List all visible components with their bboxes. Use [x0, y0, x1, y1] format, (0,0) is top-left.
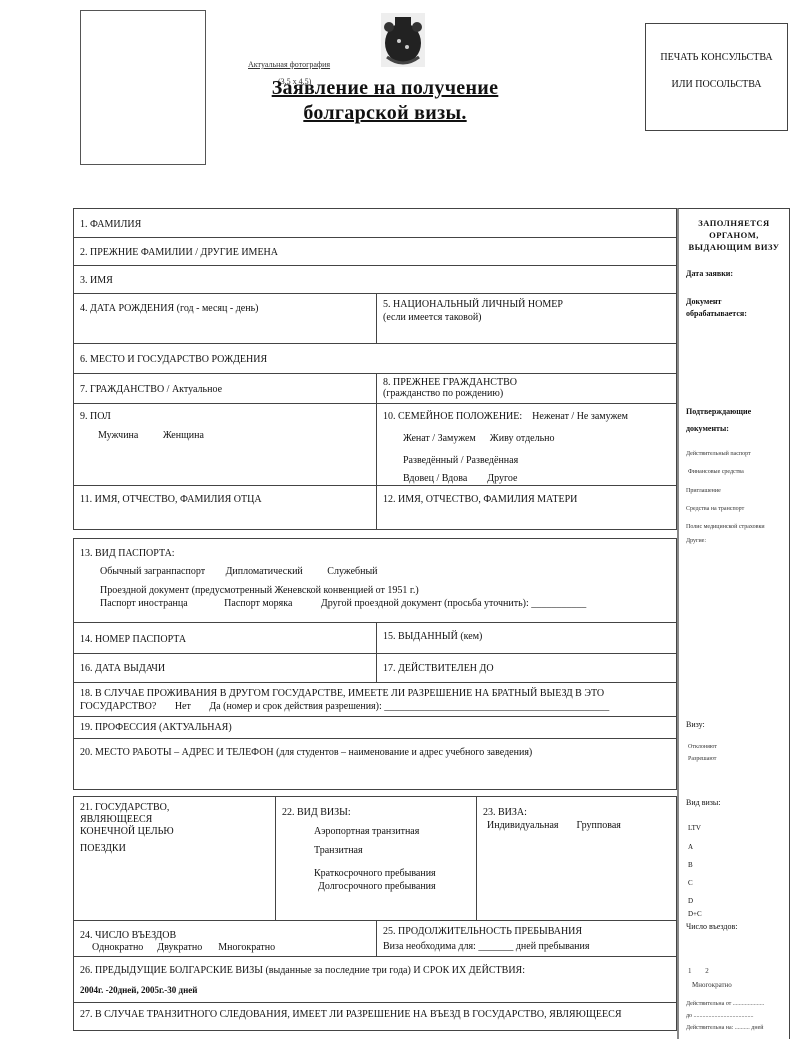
supporting-docs-label: Подтверждающие [686, 407, 751, 416]
visa-type-a[interactable]: A [688, 843, 693, 851]
option-refused[interactable]: Отклоняют [688, 744, 717, 750]
field-previous-visas[interactable]: 26. ПРЕДЫДУЩИЕ БОЛГАРСКИЕ ВИЗЫ (выданные… [73, 956, 677, 1002]
field-label: 17. ДЕЙСТВИТЕЛЕН ДО [383, 663, 494, 674]
field-label: 11. ИМЯ, ОТЧЕСТВО, ФАМИЛИЯ ОТЦА [80, 494, 262, 505]
field-sex: 9. ПОЛ Мужчина Женщина [74, 404, 376, 485]
option-other-document[interactable]: Другой проездной документ (просьба уточн… [321, 598, 586, 609]
field-label: 18. В СЛУЧАЕ ПРОЖИВАНИЯ В ДРУГОМ ГОСУДАР… [80, 687, 670, 700]
option-single-entry[interactable]: Однократно [92, 942, 143, 953]
document-processed-label-2: обрабатывается: [686, 309, 747, 318]
field-citizenship[interactable]: 7. ГРАЖДАНСТВО / Актуальное [74, 374, 376, 403]
valid-from-field[interactable]: Действительна от ..................... [686, 1001, 764, 1007]
field-label: 25. ПРОДОЛЖИТЕЛЬНОСТЬ ПРЕБЫВАНИЯ [383, 924, 672, 939]
field-label: 8. ПРЕЖНЕЕ ГРАЖДАНСТВО [383, 377, 672, 388]
field-previous-citizenship[interactable]: 8. ПРЕЖНЕЕ ГРАЖДАНСТВО (гражданство по р… [376, 374, 678, 403]
option-transit[interactable]: Транзитная [282, 844, 470, 857]
field-visa-kind: 23. ВИЗА: ИндивидуальнаяГрупповая [476, 797, 678, 920]
doc-valid-passport[interactable]: Действительный паспорт [686, 451, 751, 457]
photo-placeholder[interactable] [80, 10, 206, 165]
field-label: 10. СЕМЕЙНОЕ ПОЛОЖЕНИЕ: [383, 411, 522, 422]
field-transit-permit[interactable]: 27. В СЛУЧАЕ ТРАНЗИТНОГО СЛЕДОВАНИЯ, ИМЕ… [73, 1002, 677, 1031]
option-single[interactable]: Неженат / Не замужем [532, 411, 628, 422]
option-group[interactable]: Групповая [577, 820, 621, 831]
valid-days-field[interactable]: Действительна на: .......... дней [686, 1025, 763, 1031]
field-passport-type: 13. ВИД ПАСПОРТА: Обычный загранпаспорт … [73, 538, 677, 622]
field-label: 23. ВИЗА: [483, 806, 672, 819]
field-label: 22. ВИД ВИЗЫ: [282, 806, 470, 819]
row-passport-dates: 16. ДАТА ВЫДАЧИ 17. ДЕЙСТВИТЕЛЕН ДО [73, 653, 677, 682]
option-alien-passport[interactable]: Паспорт иностранца [100, 598, 188, 609]
option-granted[interactable]: Разрешают [688, 756, 716, 762]
field-previous-names[interactable]: 2. ПРЕЖНИЕ ФАМИЛИИ / ДРУГИЕ ИМЕНА [73, 237, 677, 265]
field-entries: 24. ЧИСЛО ВЪЕЗДОВ ОднократноДвукратноМно… [74, 921, 376, 956]
field-surname[interactable]: 1. ФАМИЛИЯ [73, 208, 677, 237]
visa-type-label: Вид визы: [686, 798, 721, 807]
visa-type-d-c[interactable]: D+C [688, 910, 702, 918]
field-label: 24. ЧИСЛО ВЪЕЗДОВ [80, 930, 370, 942]
field-label: ПОЕЗДКИ [80, 843, 269, 855]
field-label: 13. ВИД ПАСПОРТА: [80, 547, 670, 560]
option-seaman-passport[interactable]: Паспорт моряка [224, 598, 292, 609]
field-residence-permit: 18. В СЛУЧАЕ ПРОЖИВАНИЯ В ДРУГОМ ГОСУДАР… [73, 682, 677, 716]
supporting-docs-label-2: документы: [686, 424, 729, 433]
stamp-line-1: ПЕЧАТЬ КОНСУЛЬСТВА [646, 52, 787, 63]
field-label: 9. ПОЛ [80, 410, 370, 423]
row-entries-duration: 24. ЧИСЛО ВЪЕЗДОВ ОднократноДвукратноМно… [73, 920, 677, 956]
field-birth-place[interactable]: 6. МЕСТО И ГОСУДАРСТВО РОЖДЕНИЯ [73, 343, 677, 373]
row-birth-id: 4. ДАТА РОЖДЕНИЯ (год - месяц - день) 5.… [73, 293, 677, 343]
valid-to-field[interactable]: до .....................................… [686, 1013, 754, 1019]
previous-visas-value: 2004г. -20дней, 2005г.-30 дней [80, 984, 670, 997]
coat-of-arms-icon [381, 13, 425, 67]
row-sex-marital: 9. ПОЛ Мужчина Женщина 10. СЕМЕЙНОЕ ПОЛО… [73, 403, 677, 485]
document-processed-label: Документ [686, 297, 721, 306]
row-passport-number: 14. НОМЕР ПАСПОРТА 15. ВЫДАННЫЙ (кем) [73, 622, 677, 653]
consulate-stamp-box: ПЕЧАТЬ КОНСУЛЬСТВА ИЛИ ПОСОЛЬСТВА [645, 23, 788, 131]
field-label: 15. ВЫДАННЫЙ (кем) [383, 631, 482, 642]
doc-financial-means[interactable]: Финансовые средства [688, 469, 744, 475]
entries-label: Число въездов: [686, 922, 737, 931]
option-separated[interactable]: Живу отдельно [490, 433, 555, 444]
doc-invitation[interactable]: Приглашение [686, 488, 721, 494]
row-destination-visa: 21. ГОСУДАРСТВО, ЯВЛЯЮЩЕЕСЯ КОНЕЧНОЙ ЦЕЛ… [73, 796, 677, 920]
field-label: ЯВЛЯЮЩЕЕСЯ [80, 814, 269, 826]
field-marital-status: 10. СЕМЕЙНОЕ ПОЛОЖЕНИЕ:Неженат / Не заму… [376, 404, 678, 485]
title-line-1: Заявление на получение [230, 76, 540, 101]
field-employer[interactable]: 20. МЕСТО РАБОТЫ – АДРЕС И ТЕЛЕФОН (для … [73, 738, 677, 790]
field-label: 20. МЕСТО РАБОТЫ – АДРЕС И ТЕЛЕФОН (для … [74, 739, 676, 789]
field-label: 12. ИМЯ, ОТЧЕСТВО, ФАМИЛИЯ МАТЕРИ [383, 494, 577, 505]
field-label: 2. ПРЕЖНИЕ ФАМИЛИИ / ДРУГИЕ ИМЕНА [74, 238, 676, 265]
field-label: 27. В СЛУЧАЕ ТРАНЗИТНОГО СЛЕДОВАНИЯ, ИМЕ… [74, 1003, 676, 1030]
field-hint: (гражданство по рождению) [383, 388, 672, 399]
visa-type-c[interactable]: C [688, 879, 693, 887]
option-entries-multiple[interactable]: Многократно [692, 981, 732, 989]
field-label: 21. ГОСУДАРСТВО, [80, 802, 269, 814]
field-label: КОНЕЧНОЙ ЦЕЛЬЮ [80, 826, 269, 838]
field-birth-date[interactable]: 4. ДАТА РОЖДЕНИЯ (год - месяц - день) [74, 294, 376, 343]
visa-type-b[interactable]: B [688, 861, 693, 869]
field-label: 3. ИМЯ [74, 266, 676, 293]
option-double-entry[interactable]: Двукратно [157, 942, 202, 953]
row-parents: 11. ИМЯ, ОТЧЕСТВО, ФАМИЛИЯ ОТЦА 12. ИМЯ,… [73, 485, 677, 530]
field-label: 7. ГРАЖДАНСТВО / Актуальное [80, 384, 222, 395]
field-label: 19. ПРОФЕССИЯ (АКТУАЛЬНАЯ) [74, 717, 676, 738]
visa-type-ltv[interactable]: LTV [688, 824, 701, 832]
official-use-heading: ЗАПОЛНЯЕТСЯОРГАНОМ,ВЫДАЮЩИМ ВИЗУ [679, 217, 789, 253]
doc-transport-means[interactable]: Средства на транспорт [686, 506, 744, 512]
option-airport-transit[interactable]: Аэропортная транзитная [282, 825, 470, 838]
option-travel-document[interactable]: Проездной документ (предусмотренный Жене… [80, 584, 670, 597]
page-title: Заявление на получение болгарской визы. [230, 76, 540, 126]
field-hint: (если имеется таковой) [383, 311, 672, 324]
field-father-name[interactable]: 11. ИМЯ, ОТЧЕСТВО, ФАМИЛИЯ ОТЦА [74, 486, 376, 529]
option-service[interactable]: Служебный [327, 566, 377, 577]
visa-type-d[interactable]: D [688, 897, 693, 905]
field-label: 6. МЕСТО И ГОСУДАРСТВО РОЖДЕНИЯ [74, 344, 676, 373]
field-duration[interactable]: 25. ПРОДОЛЖИТЕЛЬНОСТЬ ПРЕБЫВАНИЯ Виза не… [376, 921, 678, 956]
field-label: 14. НОМЕР ПАСПОРТА [80, 634, 186, 645]
photo-caption: Актуальная фотография [248, 60, 330, 69]
option-divorced[interactable]: Разведённый / Разведённая [403, 455, 518, 466]
application-date-label: Дата заявки: [686, 269, 733, 278]
field-mother-name[interactable]: 12. ИМЯ, ОТЧЕСТВО, ФАМИЛИЯ МАТЕРИ [376, 486, 678, 529]
option-long-stay[interactable]: Долгосрочного пребывания [282, 880, 470, 893]
field-first-name[interactable]: 3. ИМЯ [73, 265, 677, 293]
field-duration-days: Виза необходима для: _______ дней пребыв… [383, 939, 672, 954]
field-issue-date[interactable]: 16. ДАТА ВЫДАЧИ [74, 654, 376, 682]
option-multiple-entry[interactable]: Многократно [218, 942, 275, 953]
option-female[interactable]: Женщина [163, 430, 204, 441]
field-label: 16. ДАТА ВЫДАЧИ [80, 663, 165, 674]
field-issued-by[interactable]: 15. ВЫДАННЫЙ (кем) [376, 623, 678, 653]
option-married[interactable]: Женат / Замужем [403, 433, 476, 444]
option-short-stay[interactable]: Краткосрочного пребывания [282, 867, 470, 880]
doc-medical-insurance[interactable]: Полис медицинской страховки [686, 524, 765, 530]
option-male[interactable]: Мужчина [98, 430, 138, 441]
option-widowed[interactable]: Вдовец / Вдова [403, 473, 467, 484]
entries-options: 1 2 [688, 967, 709, 975]
field-label: 5. НАЦИОНАЛЬНЫЙ ЛИЧНЫЙ НОМЕР [383, 298, 672, 311]
title-line-2: болгарской визы. [230, 101, 540, 126]
option-yes[interactable]: Да (номер и срок действия разрешения): _… [209, 701, 609, 712]
visa-decision-label: Визу: [686, 720, 705, 729]
field-label: 4. ДАТА РОЖДЕНИЯ (год - месяц - день) [80, 303, 258, 314]
option-entries-2[interactable]: 2 [705, 967, 709, 975]
field-label-cont: ГОСУДАРСТВО? [80, 701, 156, 712]
field-label: 1. ФАМИЛИЯ [74, 209, 676, 237]
option-entries-1[interactable]: 1 [688, 967, 692, 975]
field-valid-until[interactable]: 17. ДЕЙСТВИТЕЛЕН ДО [376, 654, 678, 682]
field-destination[interactable]: 21. ГОСУДАРСТВО, ЯВЛЯЮЩЕЕСЯ КОНЕЧНОЙ ЦЕЛ… [74, 797, 275, 920]
doc-other[interactable]: Другие: [686, 538, 706, 544]
option-ordinary-passport[interactable]: Обычный загранпаспорт [100, 566, 205, 577]
option-diplomatic[interactable]: Дипломатический [226, 566, 303, 577]
option-other[interactable]: Другое [487, 473, 517, 484]
field-label: 26. ПРЕДЫДУЩИЕ БОЛГАРСКИЕ ВИЗЫ (выданные… [80, 964, 670, 977]
stamp-line-2: ИЛИ ПОСОЛЬСТВА [646, 79, 787, 90]
option-individual[interactable]: Индивидуальная [487, 820, 559, 831]
row-citizenship: 7. ГРАЖДАНСТВО / Актуальное 8. ПРЕЖНЕЕ Г… [73, 373, 677, 403]
field-national-id[interactable]: 5. НАЦИОНАЛЬНЫЙ ЛИЧНЫЙ НОМЕР (если имеет… [376, 294, 678, 343]
field-visa-type: 22. ВИД ВИЗЫ: Аэропортная транзитная Тра… [275, 797, 476, 920]
option-no[interactable]: Нет [175, 701, 191, 712]
official-use-panel: ЗАПОЛНЯЕТСЯОРГАНОМ,ВЫДАЮЩИМ ВИЗУ Дата за… [677, 208, 790, 1039]
field-passport-number[interactable]: 14. НОМЕР ПАСПОРТА [74, 623, 376, 653]
field-profession[interactable]: 19. ПРОФЕССИЯ (АКТУАЛЬНАЯ) [73, 716, 677, 738]
